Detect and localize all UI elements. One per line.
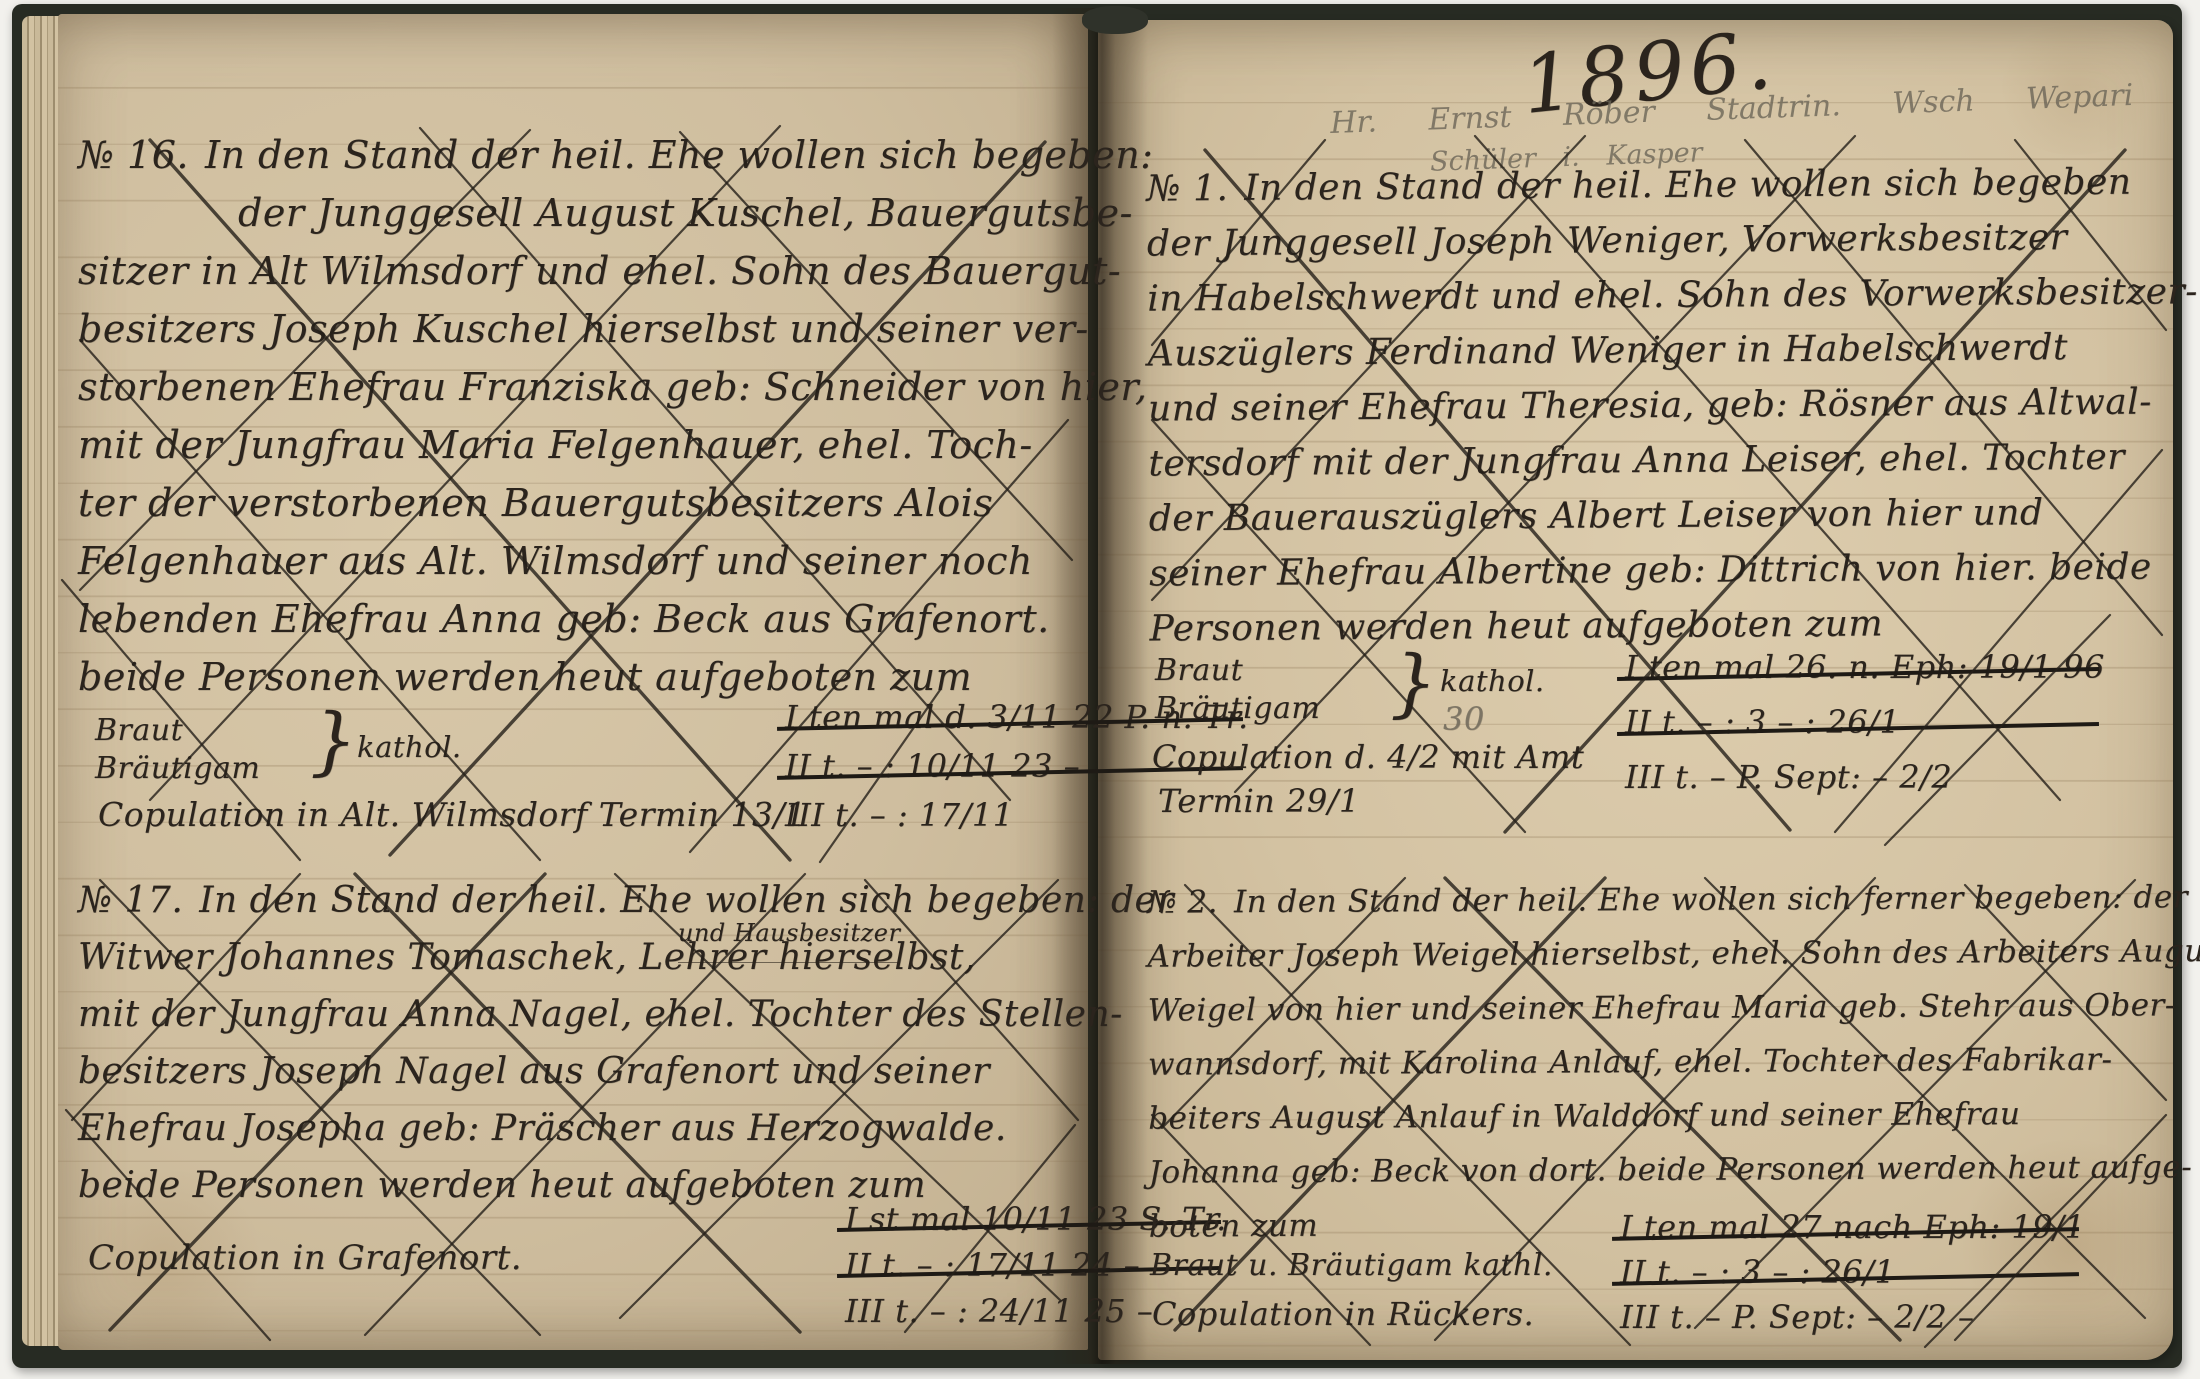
banns-row: III t. – P. Sept: – 2/2 – bbox=[1620, 1298, 2085, 1343]
entry-line: Ehefrau Josepha geb: Präscher aus Herzog… bbox=[78, 1100, 1078, 1157]
entry-line: № 17.In den Stand der heil. Ehe wollen s… bbox=[78, 872, 1078, 929]
entry-line: mit der Jungfrau Maria Felgenhauer, ehel… bbox=[78, 416, 1078, 474]
entry-line: mit der Jungfrau Anna Nagel, ehel. Tocht… bbox=[78, 986, 1078, 1043]
groom-label: Bräutigam bbox=[95, 750, 260, 788]
copulation-note-no1: Copulation d. 4/2 mit Amt bbox=[1152, 738, 1584, 776]
entry-line: № 16.In den Stand der heil. Ehe wollen s… bbox=[78, 126, 1078, 184]
banns-row: I ten mal 26. n. Eph: 19/1 96 bbox=[1625, 648, 2105, 703]
religion-note-no1: Braut Bräutigam } kathol. 30 bbox=[1155, 652, 1320, 728]
groom-label: Bräutigam bbox=[1155, 690, 1320, 728]
entry-number: № 17. bbox=[78, 880, 183, 921]
entry-line: № 1.In den Stand der heil. Ehe wollen si… bbox=[1146, 154, 2166, 216]
entry-line: Johanna geb: Beck von dort. beide Person… bbox=[1148, 1140, 2178, 1199]
entry-no17: № 17.In den Stand der heil. Ehe wollen s… bbox=[78, 872, 1078, 1214]
entry-line: wannsdorf, mit Karolina Anlauf, ehel. To… bbox=[1148, 1032, 2178, 1091]
brace-glyph: } bbox=[310, 704, 358, 778]
entry-no2: № 2.In den Stand der heil. Ehe wollen si… bbox=[1147, 870, 2179, 1253]
entry-line: besitzers Joseph Kuschel hierselbst und … bbox=[78, 300, 1078, 358]
entry-number: № 16. bbox=[78, 133, 189, 177]
entry-text: In den Stand der heil. Ehe wollen sich b… bbox=[205, 133, 1154, 177]
entry-line: der Bauerauszüglers Albert Leiser von hi… bbox=[1149, 484, 2169, 546]
entry-line: in Habelschwerdt und ehel. Sohn des Vorw… bbox=[1147, 264, 2167, 326]
entry-line: sitzer in Alt Wilmsdorf und ehel. Sohn d… bbox=[78, 242, 1078, 300]
banns-row: II t. – : 3 – : 26/1 bbox=[1625, 703, 2105, 758]
entry-line: Witwer Johannes Tomaschek, Lehrer hierse… bbox=[78, 929, 1078, 986]
religion-note-no16: Braut Bräutigam } kathol. bbox=[95, 712, 260, 788]
banns-row: II t. – : 3 – : 26/1 bbox=[1620, 1253, 2085, 1298]
religion-label: kathol. bbox=[357, 728, 462, 766]
brace-glyph: } bbox=[1390, 646, 1438, 720]
entry-number: № 2. bbox=[1147, 884, 1218, 920]
entry-line: ter der verstorbenen Bauergutsbesitzers … bbox=[78, 474, 1078, 532]
entry-line: beiters August Anlauf in Walddorf und se… bbox=[1148, 1086, 2178, 1145]
termin-note-no1: Termin 29/1 bbox=[1158, 782, 1360, 820]
pencil-number: 30 bbox=[1443, 700, 1485, 738]
entry-number: № 1. bbox=[1146, 168, 1228, 210]
entry-line: Weigel von hier und seiner Ehefrau Maria… bbox=[1148, 978, 2178, 1037]
entry-line: der Junggesell August Kuschel, Bauerguts… bbox=[78, 184, 1078, 242]
entry-line: № 2.In den Stand der heil. Ehe wollen si… bbox=[1147, 870, 2177, 929]
religion-label: kathol. bbox=[1440, 662, 1545, 700]
entry-line: der Junggesell Joseph Weniger, Vorwerksb… bbox=[1147, 209, 2167, 271]
entry-line: besitzers Joseph Nagel aus Grafenort und… bbox=[78, 1043, 1078, 1100]
gutter-top-smudge bbox=[1082, 6, 1148, 34]
bride-label: Braut bbox=[95, 712, 260, 750]
entry-no1: № 1.In den Stand der heil. Ehe wollen si… bbox=[1146, 154, 2169, 656]
banns-row: III t. – P. Sept: – 2/2 bbox=[1625, 758, 2105, 813]
entry-line: lebenden Ehefrau Anna geb: Beck aus Graf… bbox=[78, 590, 1078, 648]
entry-line: Auszüglers Ferdinand Weniger in Habelsch… bbox=[1147, 319, 2167, 381]
entry-line: seiner Ehefrau Albertine geb: Dittrich v… bbox=[1149, 539, 2169, 601]
copulation-note-no17: Copulation in Grafenort. bbox=[88, 1238, 522, 1278]
bride-label: Braut bbox=[1155, 652, 1320, 690]
banns-dates-no2: I ten mal 27 nach Eph: 19/1 II t. – : 3 … bbox=[1620, 1208, 2085, 1343]
entry-line: storbenen Ehefrau Franziska geb: Schneid… bbox=[78, 358, 1078, 416]
entry-line: tersdorf mit der Jungfrau Anna Leiser, e… bbox=[1148, 429, 2168, 491]
entry-line: Felgenhauer aus Alt. Wilmsdorf und seine… bbox=[78, 532, 1078, 590]
entry-no16: № 16.In den Stand der heil. Ehe wollen s… bbox=[78, 126, 1078, 706]
scanned-register-spread: 1896. Hr. Ernst Röber Stadtrin. Wsch Wep… bbox=[0, 0, 2200, 1379]
religion-note-no2: Braut u. Bräutigam kathl. bbox=[1150, 1248, 1553, 1283]
entry-text: In den Stand der heil. Ehe wollen sich f… bbox=[1234, 879, 2188, 920]
copulation-note-no2: Copulation in Rückers. bbox=[1152, 1295, 1534, 1333]
inserted-correction: und Hausbesitzer bbox=[678, 905, 900, 963]
entry-text: In den Stand der heil. Ehe wollen sich b… bbox=[1244, 162, 2131, 209]
entry-line: Arbeiter Joseph Weigel hierselbst, ehel.… bbox=[1147, 924, 2177, 983]
banns-row: I ten mal 27 nach Eph: 19/1 bbox=[1620, 1208, 2085, 1253]
copulation-note-no16: Copulation in Alt. Wilmsdorf Termin 13/1 bbox=[98, 795, 807, 834]
entry-line: und seiner Ehefrau Theresia, geb: Rösner… bbox=[1148, 374, 2168, 436]
banns-dates-no1: I ten mal 26. n. Eph: 19/1 96 II t. – : … bbox=[1625, 648, 2105, 813]
